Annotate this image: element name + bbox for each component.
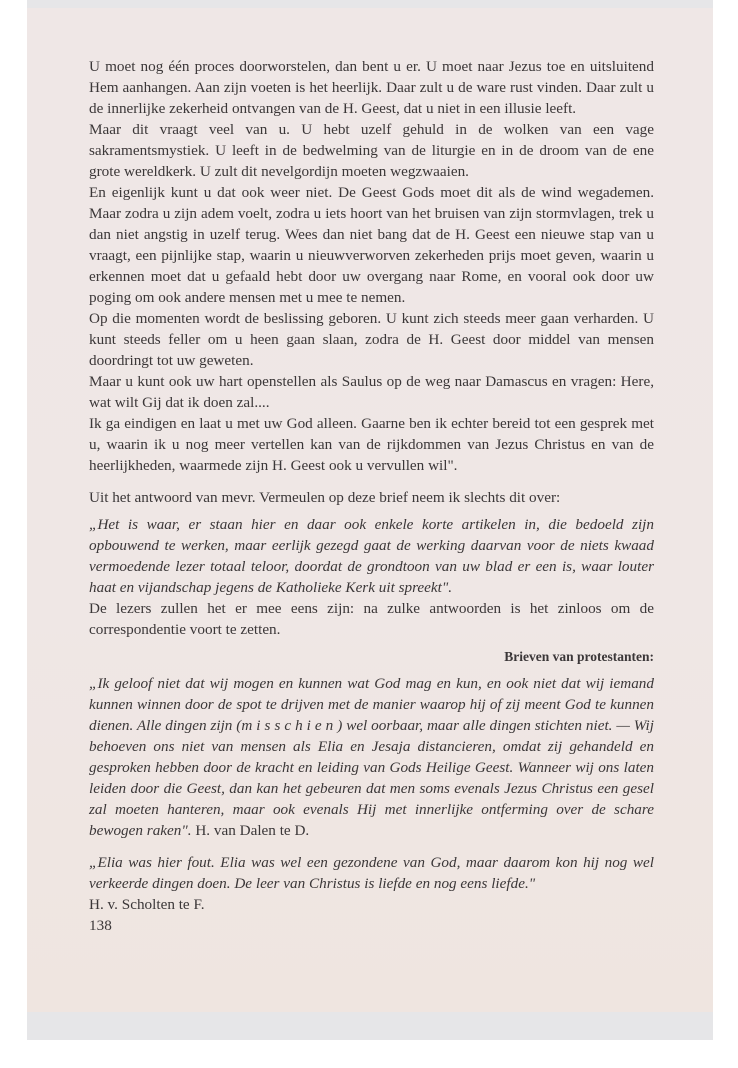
page-number: 138	[89, 915, 654, 936]
letter-paragraph: Maar dit vraagt veel van u. U hebt uzelf…	[89, 119, 654, 182]
letter-paragraph: U moet nog één proces doorworstelen, dan…	[89, 56, 654, 119]
protestant-letter-1: „Ik geloof niet dat wij mogen en kunnen …	[89, 673, 654, 841]
section-heading: Brieven van protestanten:	[89, 646, 654, 667]
reply-comment: De lezers zullen het er mee eens zijn: n…	[89, 598, 654, 640]
letter-quote-end: ) wel oorbaar, maar alle dingen stichten…	[89, 717, 654, 839]
letter-quote-spaced: misschien	[241, 717, 337, 734]
reply-intro: Uit het antwoord van mevr. Vermeulen op …	[89, 487, 654, 508]
letter-signature: H. van Dalen te D.	[192, 822, 310, 839]
letter-paragraph: En eigenlijk kunt u dat ook weer niet. D…	[89, 182, 654, 308]
protestant-letter-2: „Elia was hier fout. Elia was wel een ge…	[89, 852, 654, 894]
letter-signature: H. v. Scholten te F.	[89, 894, 654, 915]
letter-paragraph: Ik ga eindigen en laat u met uw God alle…	[89, 413, 654, 476]
letter-paragraph: Op die momenten wordt de beslissing gebo…	[89, 308, 654, 371]
page-text: U moet nog één proces doorworstelen, dan…	[89, 56, 654, 936]
reply-quote: „Het is waar, er staan hier en daar ook …	[89, 514, 654, 598]
letter-paragraph: Maar u kunt ook uw hart openstellen als …	[89, 371, 654, 413]
